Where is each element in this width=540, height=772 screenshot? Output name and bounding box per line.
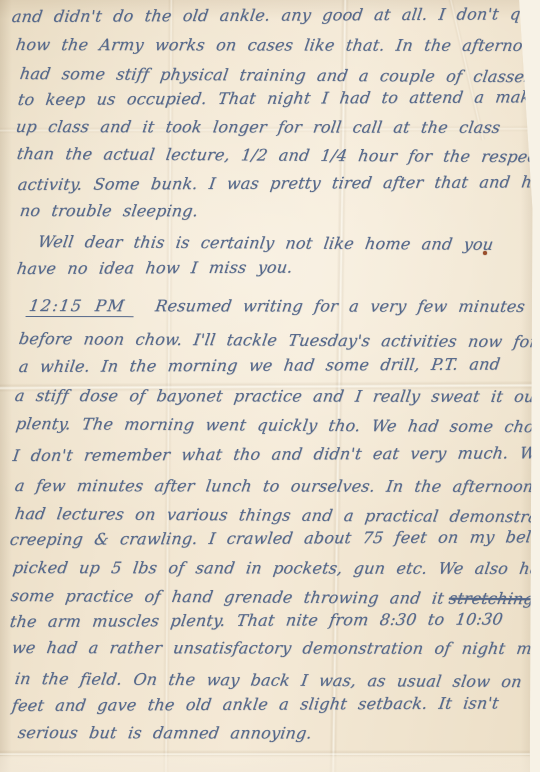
letter-line: a while. In the morning we had some dril… bbox=[18, 354, 502, 376]
letter-line: a stiff dose of bayonet practice and I r… bbox=[14, 386, 540, 406]
line-text: a stiff dose of bayonet practice and I r… bbox=[14, 386, 540, 406]
line-text: a few minutes after lunch to ourselves. … bbox=[14, 476, 540, 496]
time-heading: 12:15 PM bbox=[26, 296, 137, 317]
letter-line: picked up 5 lbs of sand in pockets, gun … bbox=[12, 558, 540, 578]
letter-line: a few minutes after lunch to ourselves. … bbox=[14, 476, 540, 496]
line-text: in the field. On the way back I was, as … bbox=[14, 669, 540, 691]
letter-line: I don't remember what tho and didn't eat… bbox=[12, 443, 540, 465]
letter-line: no trouble sleeping. bbox=[19, 201, 200, 220]
letter-line: creeping & crawling. I crawled about 75 … bbox=[9, 527, 540, 549]
line-text: the arm muscles plenty. That nite from 8… bbox=[9, 609, 504, 631]
letter-line: had lectures on various things and a pra… bbox=[14, 504, 540, 527]
line-text: we had a rather unsatisfactory demonstra… bbox=[11, 638, 540, 658]
letter-line: feet and gave the old ankle a slight set… bbox=[11, 693, 500, 715]
line-text: a while. In the morning we had some dril… bbox=[18, 354, 502, 376]
struck-word: stretching bbox=[448, 589, 536, 609]
letter-line: some practice of hand grenade throwing a… bbox=[10, 586, 540, 609]
line-text: than the actual lecture, 1/2 and 1/4 hou… bbox=[16, 144, 540, 166]
line-text: creeping & crawling. I crawled about 75 … bbox=[9, 527, 540, 549]
letter-line: than the actual lecture, 1/2 and 1/4 hou… bbox=[16, 144, 540, 166]
letter-scan: and didn't do the old ankle. any good at… bbox=[0, 0, 540, 772]
line-text: had some stiff physical training and a c… bbox=[19, 64, 540, 86]
line-text: have no idea how I miss you. bbox=[16, 258, 294, 278]
line-text: Resumed writing for a very few minutes bbox=[154, 296, 526, 316]
line-text: activity. Some bunk. I was pretty tired … bbox=[17, 172, 540, 194]
letter-line: we had a rather unsatisfactory demonstra… bbox=[11, 638, 540, 658]
line-text: Well dear this is certainly not like hom… bbox=[37, 232, 495, 254]
line-text: and didn't do the old ankle. any good at… bbox=[11, 4, 540, 26]
letter-line: Well dear this is certainly not like hom… bbox=[37, 232, 495, 254]
letter-line: before noon chow. I'll tackle Tuesday's … bbox=[18, 329, 539, 351]
line-text: how the Army works on cases like that. I… bbox=[15, 35, 540, 55]
letter-line: and didn't do the old ankle. any good at… bbox=[11, 4, 540, 26]
line-text: plenty. The morning went quickly tho. We… bbox=[15, 414, 540, 436]
line-text: some practice of hand grenade throwing a… bbox=[10, 586, 446, 608]
line-text: feet and gave the old ankle a slight set… bbox=[11, 693, 500, 715]
letter-line: in the field. On the way back I was, as … bbox=[14, 669, 540, 691]
line-text: to keep us occupied. That night I had to… bbox=[17, 87, 540, 109]
letter-line: to keep us occupied. That night I had to… bbox=[17, 87, 540, 109]
line-text: had lectures on various things and a pra… bbox=[14, 504, 540, 527]
letter-page: and didn't do the old ankle. any good at… bbox=[0, 0, 534, 772]
line-text: picked up 5 lbs of sand in pockets, gun … bbox=[12, 558, 540, 578]
line-text: no trouble sleeping. bbox=[19, 201, 200, 220]
line-text: up class and it took longer for roll cal… bbox=[15, 117, 502, 137]
letter-line: up class and it took longer for roll cal… bbox=[15, 117, 502, 137]
line-text: serious but is damned annoying. bbox=[17, 723, 314, 743]
line-text: before noon chow. I'll tackle Tuesday's … bbox=[18, 329, 539, 351]
letter-line: had some stiff physical training and a c… bbox=[19, 64, 540, 86]
letter-line: the arm muscles plenty. That nite from 8… bbox=[9, 609, 504, 631]
letter-line: how the Army works on cases like that. I… bbox=[15, 35, 540, 55]
letter-line: plenty. The morning went quickly tho. We… bbox=[15, 414, 540, 436]
letter-line: have no idea how I miss you. bbox=[16, 258, 294, 278]
handwritten-text: and didn't do the old ankle. any good at… bbox=[0, 0, 534, 772]
letter-line: activity. Some bunk. I was pretty tired … bbox=[17, 172, 540, 194]
line-text: I don't remember what tho and didn't eat… bbox=[12, 443, 540, 465]
letter-line: 12:15 PMResumed writing for a very few m… bbox=[26, 296, 527, 318]
letter-line: serious but is damned annoying. bbox=[17, 723, 314, 743]
